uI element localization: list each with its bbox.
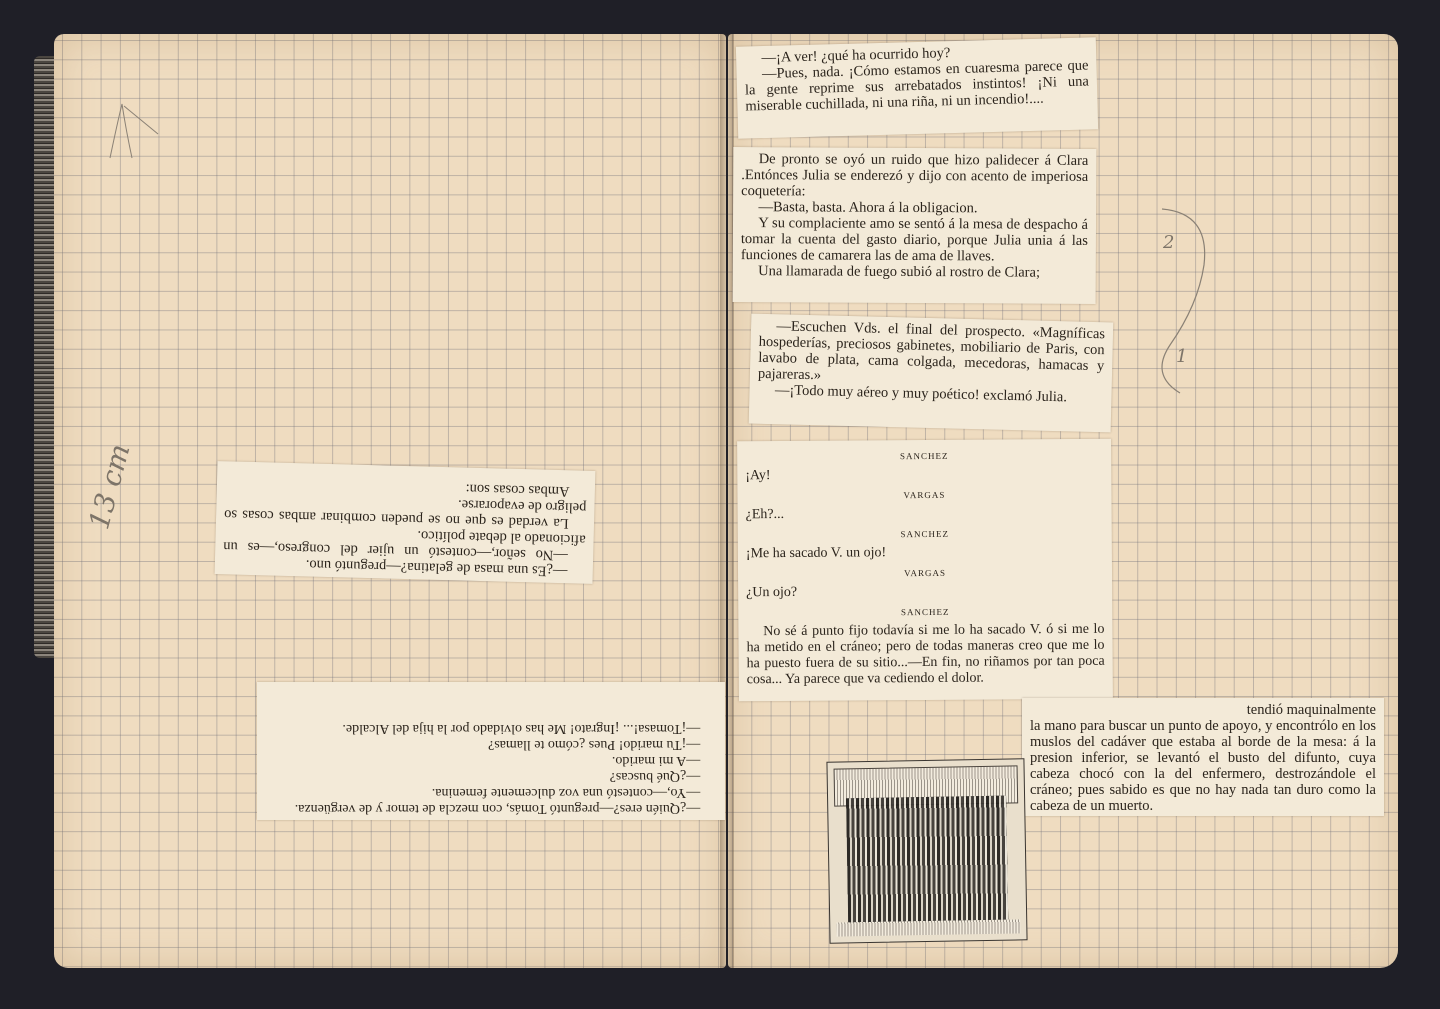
notebook-spine (720, 34, 734, 968)
clip-line: —¡Tu marido! Pues ¿cómo te llamas? (265, 736, 717, 752)
speaker-name: SANCHEZ (745, 447, 1103, 465)
clipping-dialogue-sanchez-vargas: SANCHEZ ¡Ay! VARGAS ¿Eh?... SANCHEZ ¡Me … (737, 439, 1113, 702)
clipping-de-pronto: De pronto se oyó un ruido que hizo palid… (733, 147, 1097, 304)
engraving-rosary-beads (846, 796, 1008, 923)
dialogue-line: ¡Me ha sacado V. un ojo! (746, 544, 1104, 562)
dialogue-line: ¿Un ojo? (746, 583, 1104, 601)
clip-line: —¿Quién eres?—preguntó Tomás, con mezcla… (265, 800, 717, 816)
clip-line: —¡Tomasa!... ¡Ingrato! Me has olvidado p… (265, 720, 717, 736)
engraving-cloth-bottom (836, 919, 1020, 936)
speaker-name: VARGAS (746, 564, 1104, 582)
engraving-rosaries-illustration (826, 758, 1027, 943)
speaker-name: VARGAS (745, 486, 1103, 504)
clip-lead: tendió maquinalmente (1030, 702, 1376, 718)
clip-line: —¿Qué buscas? (265, 768, 717, 784)
speaker-name: SANCHEZ (746, 525, 1104, 543)
dialogue-line: ¡Ay! (745, 466, 1103, 484)
clip-line: —Escuchen Vds. el final del prospecto. «… (758, 318, 1105, 390)
dialogue-line: No sé á punto fijo todavía si me lo ha s… (746, 622, 1104, 688)
clip-body: la mano para buscar un punto de apoyo, y… (1030, 718, 1376, 814)
clipping-gelatina: —¿Es una masa de gelatina?—preguntó uno.… (215, 461, 596, 584)
clipping-a-ver: —¡A ver! ¿qué ha ocurrido hoy? —Pues, na… (736, 37, 1098, 138)
clip-line: —A mi marido. (265, 752, 717, 768)
pencil-number-1: 1 (1176, 346, 1187, 367)
clipping-quien-eres: —¿Quién eres?—preguntó Tomás, con mezcla… (257, 682, 725, 820)
notebook-cover-edge (34, 56, 56, 658)
clip-line: —Basta, basta. Ahora á la obligacion. (741, 199, 1088, 217)
clip-line: Y su complaciente amo se sentó á la mesa… (741, 215, 1088, 265)
clip-line: Una llamarada de fuego subió al rostro d… (741, 263, 1088, 281)
clip-line: De pronto se oyó un ruido que hizo palid… (741, 151, 1088, 201)
speaker-name: SANCHEZ (746, 603, 1104, 621)
dialogue-line: ¿Eh?... (746, 505, 1104, 523)
clipping-escuchen: —Escuchen Vds. el final del prospecto. «… (749, 314, 1114, 433)
clip-line: —Yo,—contestó una voz dulcemente femenin… (265, 784, 717, 800)
clipping-tendio: tendió maquinalmente la mano para buscar… (1022, 698, 1384, 816)
clip-line: —Pues, nada. ¡Cómo estamos en cuaresma p… (744, 58, 1089, 115)
pencil-number-2: 2 (1163, 232, 1174, 253)
pencil-arrow-icon (100, 100, 170, 160)
